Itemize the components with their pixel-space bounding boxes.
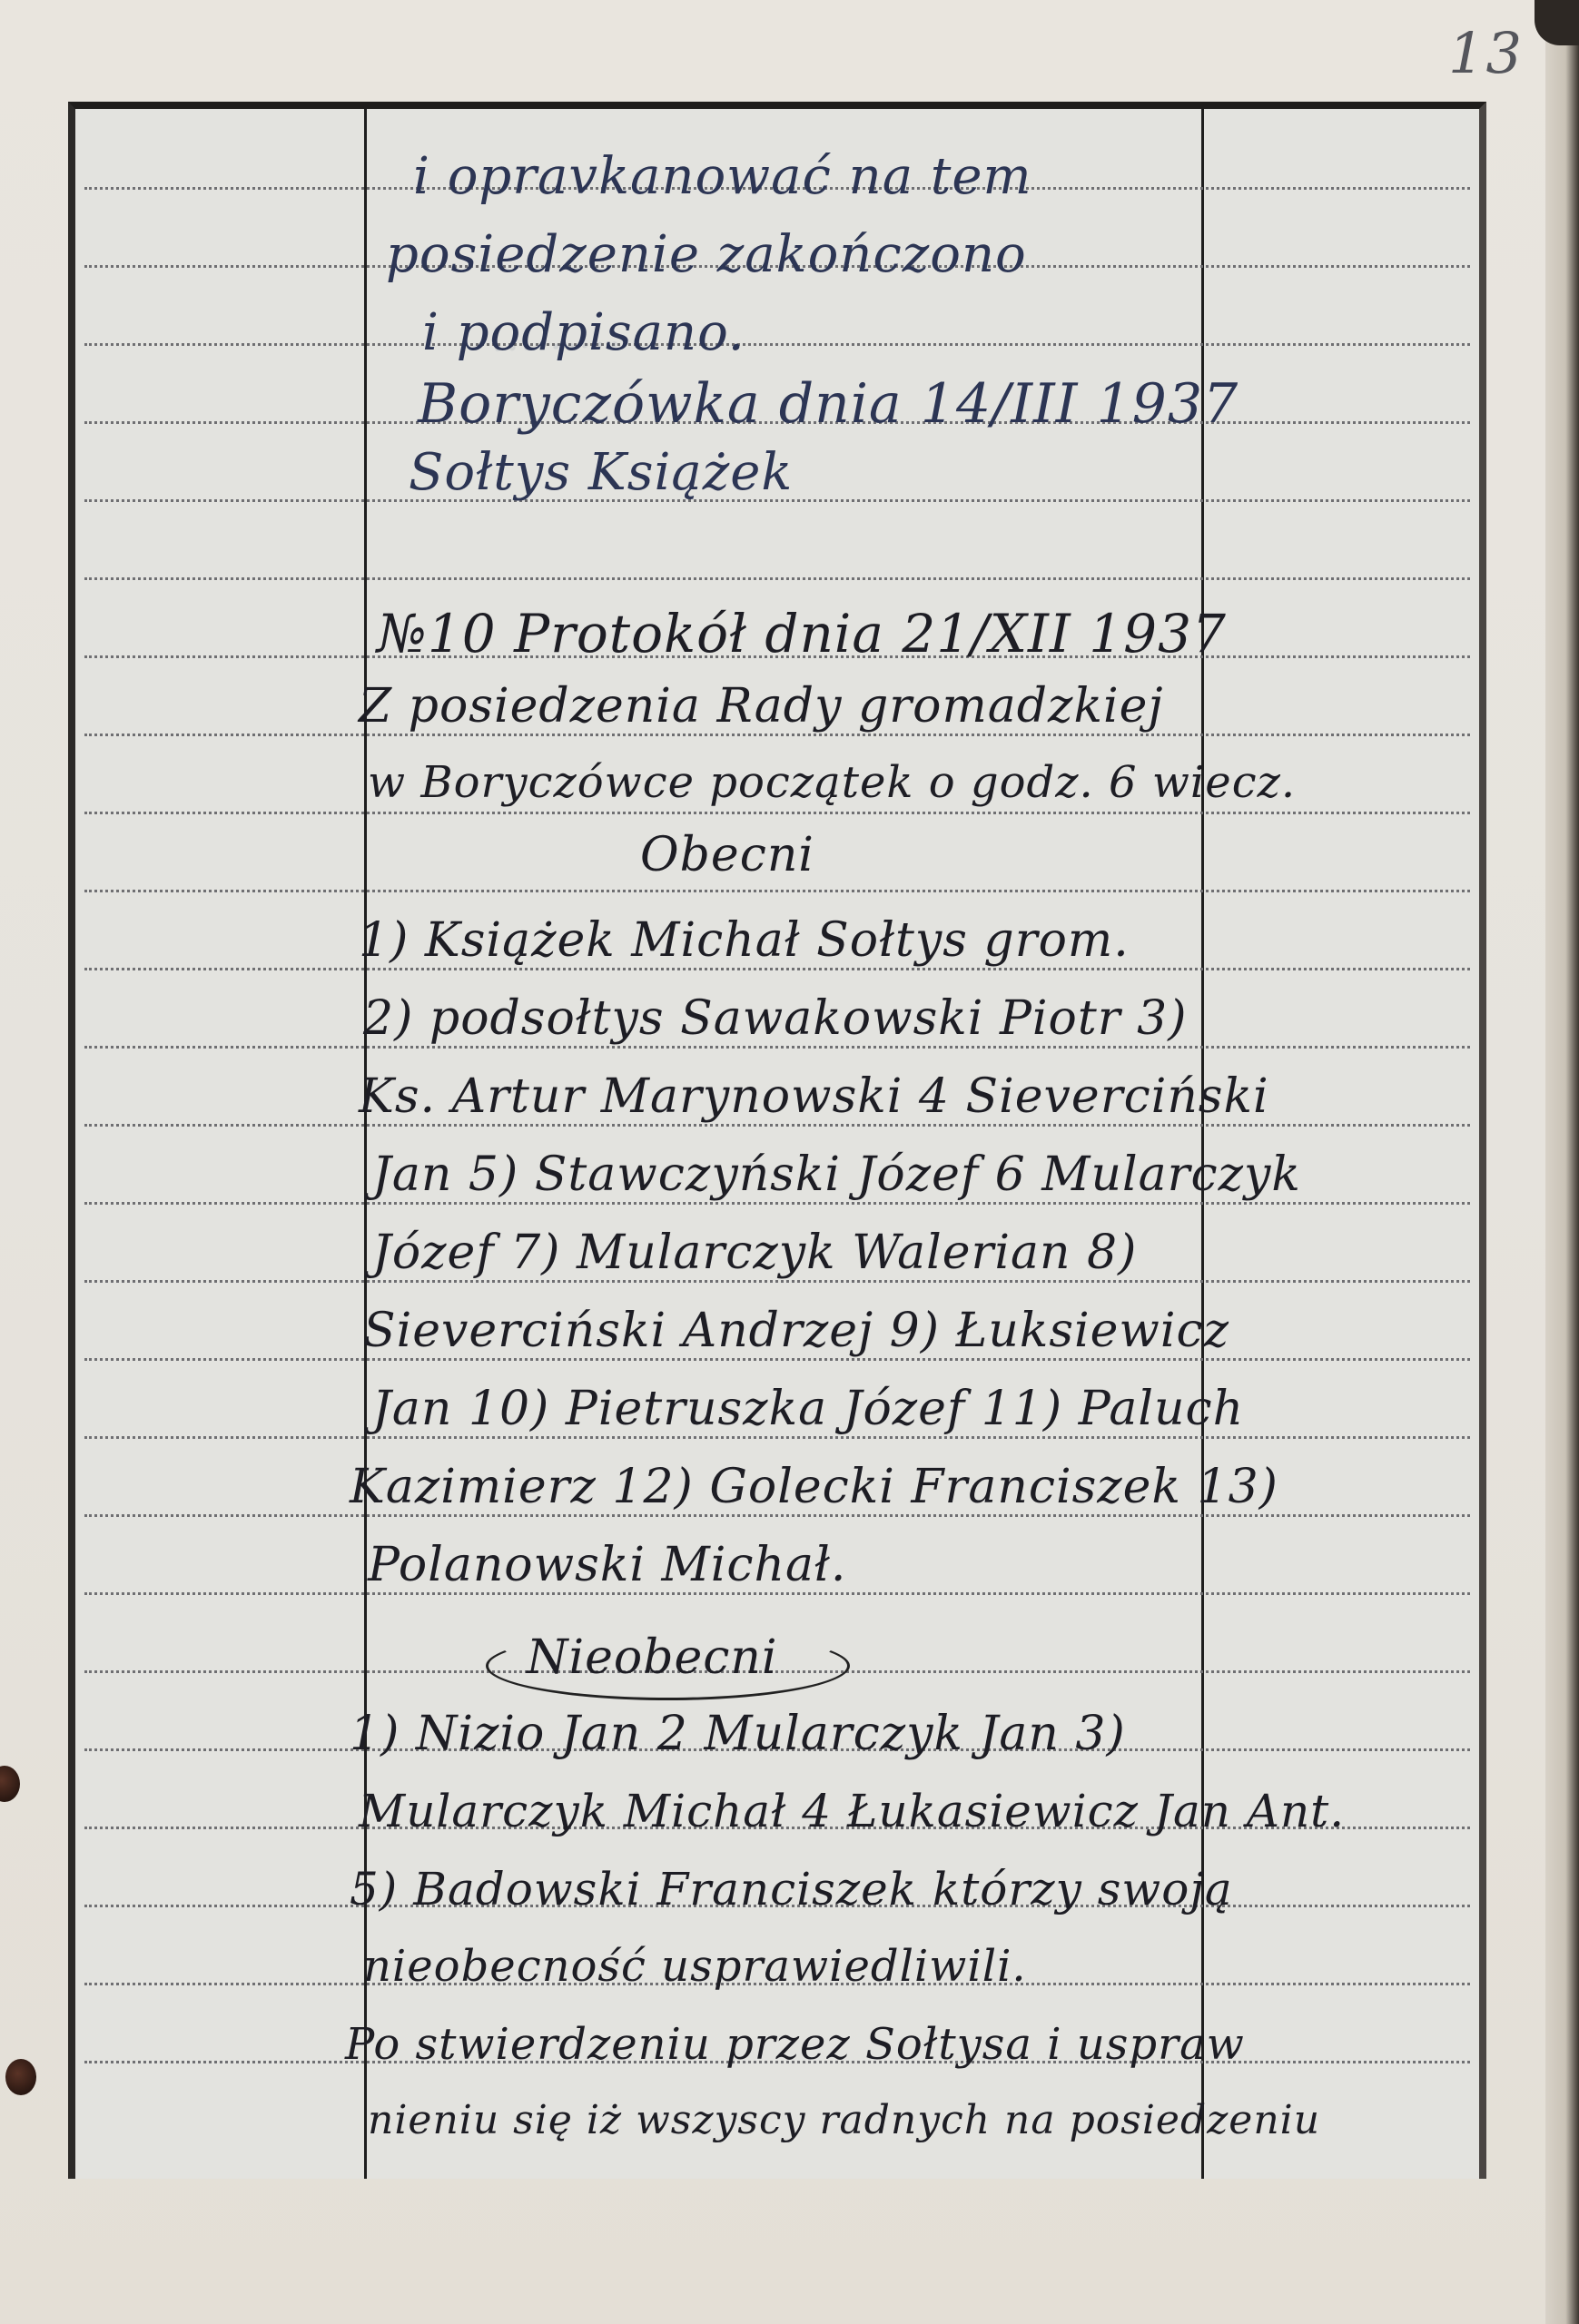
absent-line: 1) Nizio Jan 2 Mularczyk Jan 3) <box>350 1707 1126 1761</box>
previous-entry-line: i podpisano. <box>422 303 745 362</box>
present-line: Jan 5) Stawczyński Józef 6 Mularczyk <box>372 1147 1301 1202</box>
closing-line: Po stwierdzeniu przez Sołtysa i uspraw <box>345 2019 1245 2070</box>
binding-hole-icon <box>5 2059 36 2095</box>
absent-line: 5) Badowski Franciszek którzy swoją <box>350 1863 1233 1915</box>
protocol-intro-line: w Boryczówce początek o godz. 6 wiecz. <box>368 757 1296 808</box>
protocol-intro-line: Z posiedzenia Rady gromadzkiej <box>359 679 1163 734</box>
present-line: Polanowski Michał. <box>368 1538 846 1592</box>
present-heading: Obecni <box>640 828 814 882</box>
absent-line: Mularczyk Michał 4 Łukasiewicz Jan Ant. <box>359 1785 1345 1837</box>
book-page-edge <box>1545 0 1579 2324</box>
present-line: 1) Książek Michał Sołtys grom. <box>359 913 1130 968</box>
present-line: Kazimierz 12) Golecki Franciszek 13) <box>350 1460 1278 1514</box>
present-line: Jan 10) Pietruszka Józef 11) Paluch <box>372 1382 1244 1436</box>
present-line: Ks. Artur Marynowski 4 Sieverciński <box>359 1069 1269 1124</box>
absent-heading: Nieobecni <box>527 1630 778 1685</box>
previous-entry-signature: Sołtys Książek <box>409 443 793 502</box>
previous-entry-place-date: Boryczówka dnia 14/III 1937 <box>418 372 1239 436</box>
present-line: Józef 7) Mularczyk Walerian 8) <box>372 1226 1137 1280</box>
page-number: 13 <box>1448 20 1524 86</box>
protocol-heading: №10 Protokół dnia 21/XII 1937 <box>377 603 1227 665</box>
handwritten-entry: i opravkanować na tem posiedzenie zakońc… <box>359 102 1197 2179</box>
closing-line: nieniu się iż wszyscy radnych na posiedz… <box>368 2097 1320 2143</box>
previous-entry-line: posiedzenie zakończono <box>386 225 1027 284</box>
present-line: 2) podsołtys Sawakowski Piotr 3) <box>363 991 1188 1046</box>
present-line: Sieverciński Andrzej 9) Łuksiewicz <box>363 1304 1229 1358</box>
absent-line: nieobecność usprawiedliwili. <box>363 1941 1027 1992</box>
previous-entry-line: i opravkanować na tem <box>413 147 1032 206</box>
